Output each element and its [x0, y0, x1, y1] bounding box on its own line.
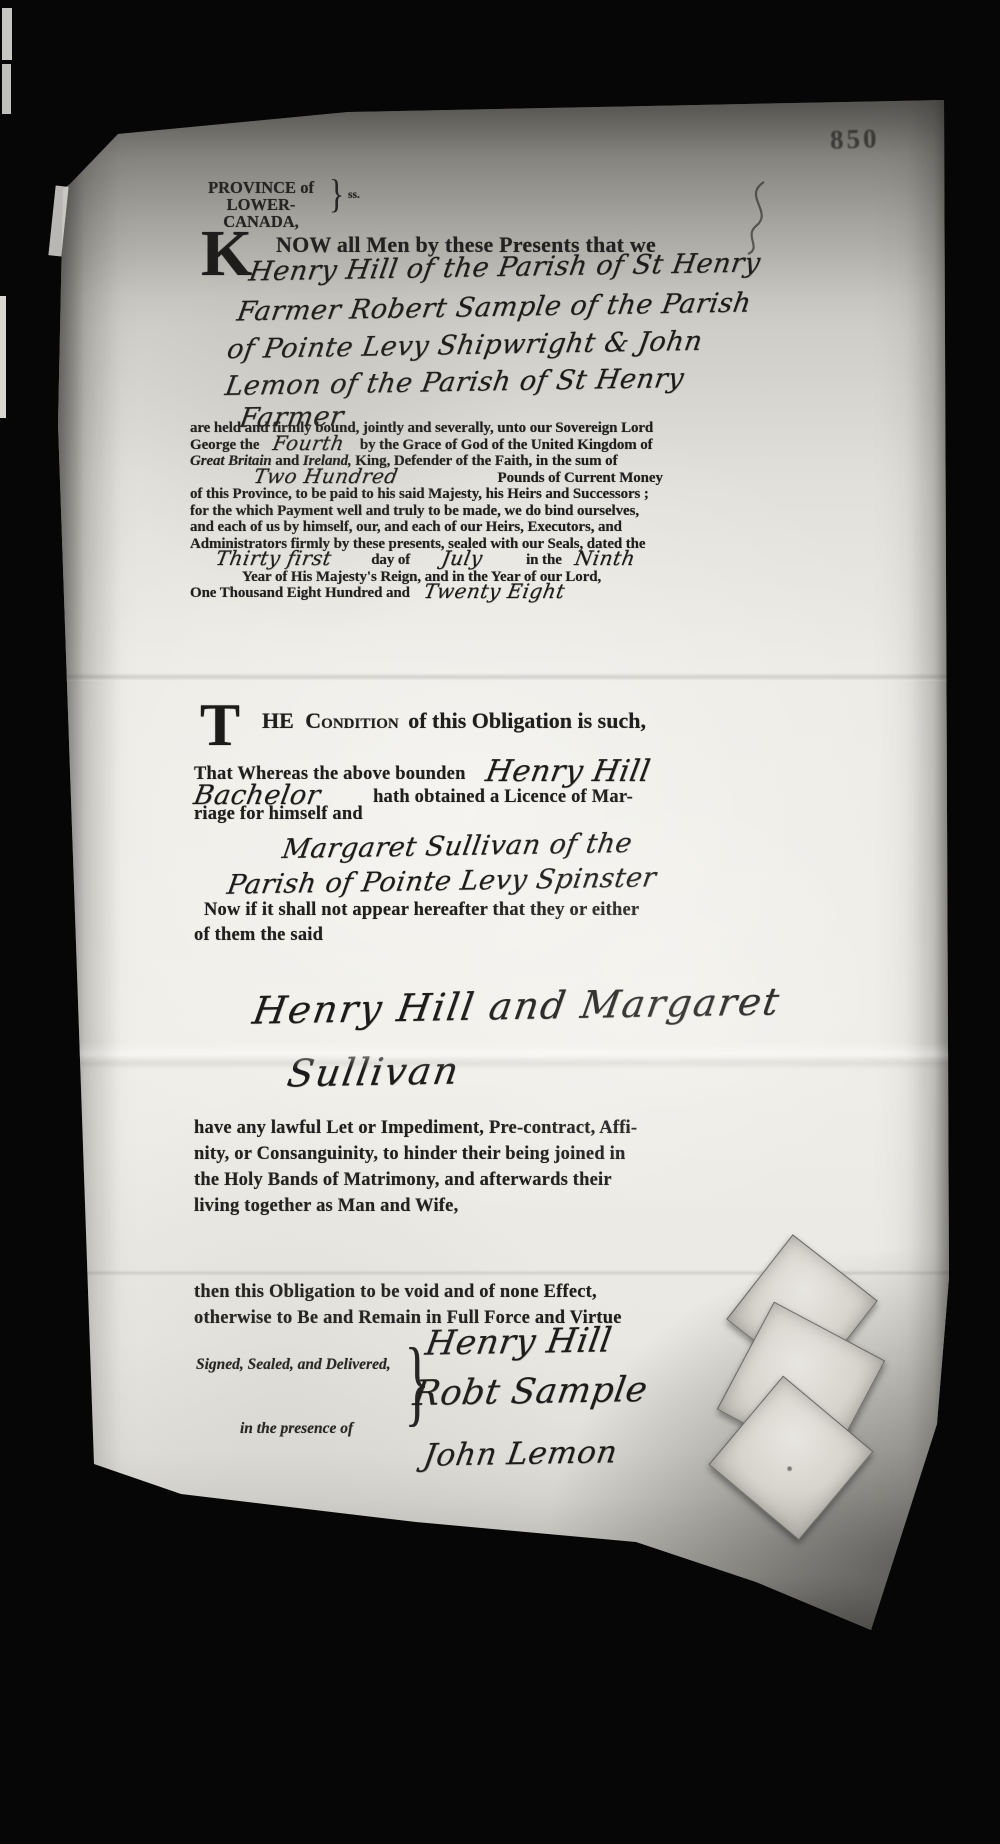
handwritten-regnal-year: Ninth [575, 553, 637, 563]
scan-artifact [2, 64, 11, 114]
condition-title: HE Condition of this Obligation is such, [262, 708, 646, 734]
bond-line: are held and firmly bound, jointly and s… [190, 420, 670, 437]
bond-line: Thirty first day of July in the Ninth [190, 552, 670, 569]
bond-line: George the Fourth by the Grace of God of… [190, 437, 670, 454]
void-clause-line1: then this Obligation to be void and of n… [194, 1282, 597, 1303]
bond-line: of this Province, to be paid to his said… [190, 486, 670, 503]
paper-fold [58, 673, 952, 681]
condition-title-he: HE [262, 708, 294, 733]
attestation-line2: in the presence of [240, 1420, 353, 1438]
signature-john-lemon: John Lemon [421, 1434, 620, 1473]
whereas-line3: riage for himself and [194, 804, 363, 825]
impediment-line4: living together as Man and Wife, [194, 1196, 458, 1217]
bond-line: and each of us by himself, our, and each… [190, 519, 670, 536]
paper-fold [58, 1042, 952, 1070]
bond-text: One Thousand Eight Hundred and [190, 585, 410, 601]
bond-text: by the Grace of God of the United Kingdo… [360, 437, 653, 453]
bond-text: in the [526, 552, 562, 568]
bond-text: George the [190, 437, 259, 453]
province-line1: PROVINCE of [191, 179, 331, 196]
whereas-text: hath obtained a Licence of Mar- [373, 787, 633, 807]
scanned-document-page: 850 PROVINCE of LOWER-CANADA, } ss. K NO… [0, 0, 1000, 1844]
ss-abbreviation: ss. [348, 189, 360, 201]
now-clause-line2: of them the said [194, 925, 323, 946]
handwritten-couple-line2: Sullivan [284, 1049, 463, 1096]
signature-henry-hill: Henry Hill [423, 1320, 615, 1363]
dropcap-k: K [201, 226, 252, 282]
handwritten-couple-line1: Henry Hill and Margaret [250, 979, 784, 1032]
handwritten-year: Twenty Eight [423, 586, 566, 596]
handwritten-bride-line1: Margaret Sullivan of the [280, 828, 634, 865]
dropcap-t: T [200, 700, 240, 751]
ink-flourish [734, 178, 778, 256]
header-brace: } [329, 174, 344, 214]
now-clause-line1: Now if it shall not appear hereafter tha… [204, 900, 639, 921]
impediment-line2: nity, or Consanguinity, to hinder their … [194, 1144, 625, 1165]
bond-text: Pounds of Current Money [498, 470, 663, 486]
handwritten-regnal-name: Fourth [272, 438, 345, 448]
bond-text: day of [371, 552, 410, 568]
bond-line: Two Hundred Pounds of Current Money [190, 470, 670, 487]
record-number-stamp: 850 [829, 123, 880, 156]
handwritten-bride-line2: Parish of Pointe Levy Spinster [225, 862, 659, 900]
bond-line: for the which Payment well and truly to … [190, 503, 670, 520]
handwritten-parties-line4: Lemon of the Parish of St Henry [223, 363, 686, 402]
bond-line: One Thousand Eight Hundred and Twenty Ei… [190, 585, 670, 602]
scan-artifact [0, 296, 6, 418]
impediment-line3: the Holy Bands of Matrimony, and afterwa… [194, 1170, 612, 1191]
impediment-line1: have any lawful Let or Impediment, Pre-c… [194, 1118, 637, 1139]
handwritten-parties-line3: of Pointe Levy Shipwright & John [225, 326, 705, 365]
bond-paragraph: are held and firmly bound, jointly and s… [190, 420, 670, 602]
handwritten-sum: Two Hundred [253, 471, 399, 481]
handwritten-month: July [441, 553, 483, 563]
attestation-line1: Signed, Sealed, and Delivered, [196, 1356, 391, 1374]
condition-title-rest: of this Obligation is such, [408, 708, 646, 733]
signature-robt-sample: Robt Sample [410, 1370, 650, 1414]
scan-artifact [2, 8, 12, 60]
handwritten-parties-line2: Farmer Robert Sample of the Parish [235, 288, 754, 328]
handwritten-day: Thirty first [215, 553, 332, 563]
condition-title-condition: Condition [305, 708, 398, 733]
